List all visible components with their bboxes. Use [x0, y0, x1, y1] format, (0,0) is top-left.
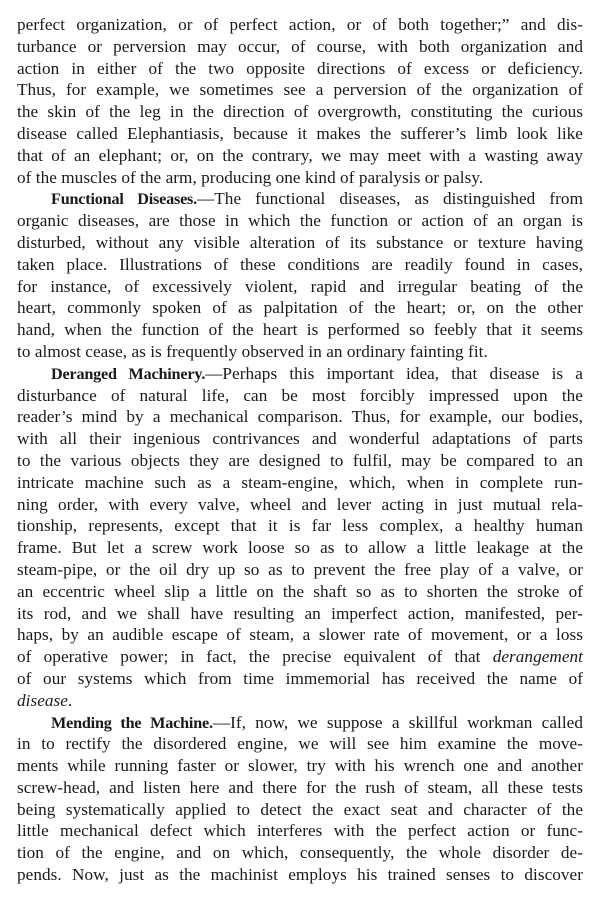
paragraph-functional-diseases: Functional Diseases.—The functional dise…	[17, 188, 583, 362]
section-heading-mending-the-machine: Mending the Machine.	[51, 714, 213, 732]
text-line: little mechanical defect which interfere…	[17, 820, 583, 842]
section-heading-functional-diseases: Functional Diseases.	[51, 190, 197, 208]
text-run: —The functional diseases, as distinguish…	[197, 189, 583, 208]
text-line: being systematically applied to detect t…	[17, 799, 583, 821]
text-line: of our systems which from time immemoria…	[17, 668, 583, 690]
text-line: Thus, for example, we sometimes see a pe…	[17, 79, 583, 101]
text-run: of operative power; in fact, the precise…	[17, 647, 493, 666]
italic-term-derangement: derangement	[493, 647, 583, 666]
text-line: hand, when the function of the heart is …	[17, 319, 583, 341]
text-line: taken place. Illustrations of these cond…	[17, 254, 583, 276]
text-line: organic diseases, are those in which the…	[17, 210, 583, 232]
text-line: ning order, with every valve, wheel and …	[17, 494, 583, 516]
text-line: of operative power; in fact, the precise…	[17, 646, 583, 668]
text-line: an eccentric wheel slip a little on the …	[17, 581, 583, 603]
paragraph-first-line: Deranged Machinery.—Perhaps this importa…	[17, 363, 583, 385]
text-line: turbance or perversion may occur, of cou…	[17, 36, 583, 58]
text-line: its rod, and we shall have resulting an …	[17, 603, 583, 625]
text-line: action in either of the two opposite dir…	[17, 58, 583, 80]
text-line: that of an elephant; or, on the contrary…	[17, 145, 583, 167]
paragraph-continuation: perfect organization, or of perfect acti…	[17, 14, 583, 188]
paragraph-first-line: Mending the Machine.—If, now, we suppose…	[17, 712, 583, 734]
text-run: —If, now, we suppose a skillful workman …	[213, 713, 583, 732]
text-line: frame. But let a screw work loose so as …	[17, 537, 583, 559]
text-line: disturbed, without any visible alteratio…	[17, 232, 583, 254]
text-line: pends. Now, just as the machinist employ…	[17, 864, 583, 886]
text-line: tionship, represents, except that it is …	[17, 515, 583, 537]
text-line: disease called Elephantiasis, because it…	[17, 123, 583, 145]
text-line: to almost cease, as is frequently observ…	[17, 341, 583, 363]
text-line: in to rectify the disordered engine, we …	[17, 733, 583, 755]
text-run: —Perhaps this important idea, that disea…	[205, 364, 583, 383]
text-line: disturbance of natural life, can be most…	[17, 385, 583, 407]
paragraph-mending-the-machine: Mending the Machine.—If, now, we suppose…	[17, 712, 583, 886]
book-page: perfect organization, or of perfect acti…	[17, 14, 583, 886]
text-line: perfect organization, or of perfect acti…	[17, 14, 583, 36]
text-line: to the various objects they are designed…	[17, 450, 583, 472]
text-line: tion of the engine, and on which, conseq…	[17, 842, 583, 864]
text-line: screw-head, and listen here and there fo…	[17, 777, 583, 799]
text-line: haps, by an audible escape of steam, a s…	[17, 624, 583, 646]
section-heading-deranged-machinery: Deranged Machinery.	[51, 365, 205, 383]
text-line: reader’s mind by a mechanical comparison…	[17, 406, 583, 428]
text-line: steam-pipe, or the oil dry up so as to p…	[17, 559, 583, 581]
text-line: the skin of the leg in the direction of …	[17, 101, 583, 123]
italic-term-disease: disease	[17, 691, 68, 710]
text-line: disease.	[17, 690, 583, 712]
paragraph-deranged-machinery: Deranged Machinery.—Perhaps this importa…	[17, 363, 583, 712]
text-line: ments while running faster or slower, tr…	[17, 755, 583, 777]
text-line: with all their ingenious contrivances an…	[17, 428, 583, 450]
text-line: heart, commonly spoken of as palpitation…	[17, 297, 583, 319]
text-line: intricate machine such as a steam-engine…	[17, 472, 583, 494]
paragraph-first-line: Functional Diseases.—The functional dise…	[17, 188, 583, 210]
text-line: of the muscles of the arm, producing one…	[17, 167, 583, 189]
text-run: .	[68, 691, 72, 710]
text-line: for instance, of excessively violent, ra…	[17, 276, 583, 298]
